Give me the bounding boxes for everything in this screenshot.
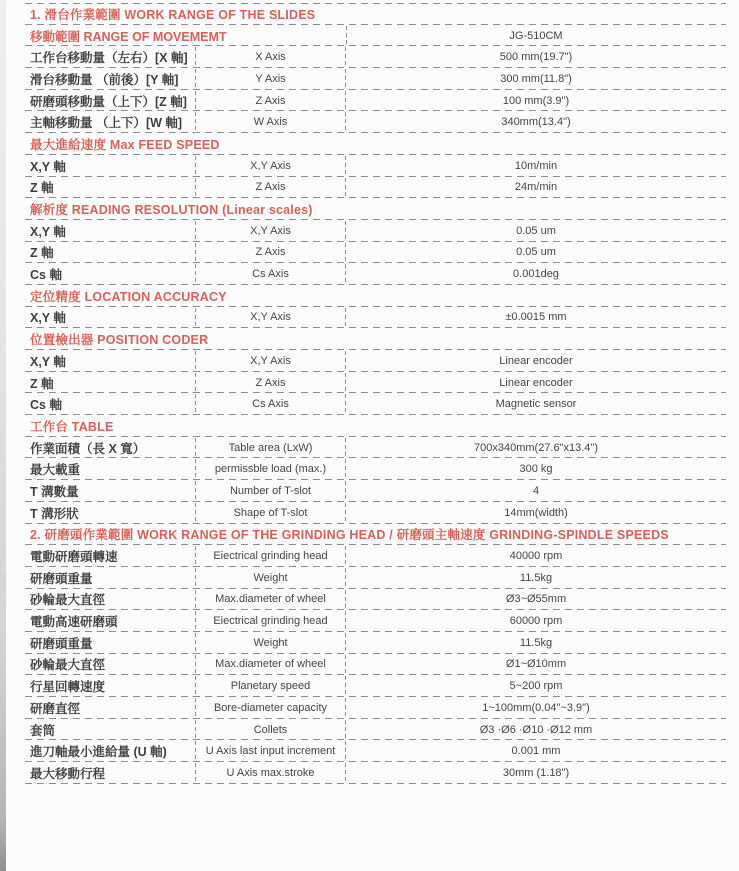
spec-en-label: X,Y Axis — [195, 220, 346, 242]
spec-value: 24m/min — [346, 181, 726, 193]
spec-zh-label: 最大載重 — [25, 460, 195, 478]
spec-en-label: Z Axis — [195, 177, 346, 199]
spec-row: 行星回轉速度Planetary speed5~200 rpm — [25, 675, 726, 697]
spec-row: 主軸移動量 （上下）[W 軸]W Axis340mm(13.4") — [25, 111, 726, 133]
spec-en-label: Eiectrical grinding head — [195, 610, 346, 632]
spec-zh-label: X,Y 軸 — [25, 157, 195, 175]
section-title: 2. 研磨頭作業範圍 WORK RANGE OF THE GRINDING HE… — [25, 524, 726, 546]
spec-en-label: Cs Axis — [195, 393, 346, 415]
subsection-header: 位置檢出器 POSITION CODER — [25, 328, 726, 350]
spec-en-label: Bore-diameter capacity — [195, 697, 346, 719]
spec-value: 30mm (1.18") — [346, 767, 726, 779]
spec-en-label: Eiectrical grinding head — [195, 545, 346, 567]
spec-zh-label: 行星回轉速度 — [25, 677, 195, 695]
spec-zh-label: 滑台移動量 （前後）[Y 軸] — [25, 70, 195, 88]
spec-row: 套筒ColletsØ3 ·Ø6 ·Ø10 ·Ø12 mm — [25, 719, 726, 741]
spec-value: Magnetic sensor — [346, 398, 726, 410]
subsection-header: 工作台 TABLE — [25, 415, 726, 437]
spec-value: ±0.0015 mm — [346, 311, 726, 323]
spec-row: 滑台移動量 （前後）[Y 軸]Y Axis300 mm(11.8") — [25, 68, 726, 90]
spec-value: 14mm(width) — [346, 507, 726, 519]
spec-en-label: Table area (LxW) — [195, 437, 346, 459]
spec-zh-label: 套筒 — [25, 721, 195, 739]
spec-value: 4 — [346, 485, 726, 497]
spec-zh-label: 研磨直徑 — [25, 699, 195, 717]
spec-row: 砂輪最大直徑Max.diameter of wheelØ3~Ø55mm — [25, 589, 726, 611]
spec-row: X,Y 軸X,Y Axis±0.0015 mm — [25, 307, 726, 329]
table-header-row: 移動範圍 RANGE OF MOVEMEMTJG-510CM — [25, 25, 726, 47]
spec-zh-label: Cs 軸 — [25, 395, 195, 413]
spec-row: Cs 軸Cs AxisMagnetic sensor — [25, 393, 726, 415]
spec-en-label: X,Y Axis — [195, 155, 346, 177]
spec-row: Z 軸Z AxisLinear encoder — [25, 372, 726, 394]
spec-en-label: X,Y Axis — [195, 350, 346, 372]
spec-value: 0.05 um — [346, 225, 726, 237]
spec-zh-label: 研磨頭重量 — [25, 569, 195, 587]
spec-en-label: Z Axis — [195, 242, 346, 264]
spec-row: Z 軸Z Axis24m/min — [25, 177, 726, 199]
spec-en-label: U Axis last input increment — [195, 740, 346, 762]
spec-row: X,Y 軸X,Y Axis0.05 um — [25, 220, 726, 242]
spec-row: X,Y 軸X,Y Axis10m/min — [25, 155, 726, 177]
spec-en-label: Max.diameter of wheel — [195, 589, 346, 611]
spec-row: X,Y 軸X,Y AxisLinear encoder — [25, 350, 726, 372]
spec-zh-label: T 溝形狀 — [25, 504, 195, 522]
spec-value: 0.05 um — [346, 246, 726, 258]
spec-value: 11.5kg — [346, 572, 726, 584]
spec-row: 研磨直徑Bore-diameter capacity1~100mm(0.04"~… — [25, 697, 726, 719]
spec-en-label: X Axis — [195, 46, 346, 68]
subsection-header: 解析度 READING RESOLUTION (Linear scales) — [25, 198, 726, 220]
spec-zh-label: 砂輪最大直徑 — [25, 655, 195, 673]
header-label: 移動範圍 RANGE OF MOVEMEMT — [25, 27, 346, 45]
spec-zh-label: Z 軸 — [25, 178, 195, 196]
spec-row: 砂輪最大直徑Max.diameter of wheelØ1~Ø10mm — [25, 654, 726, 676]
spec-en-label: Number of T-slot — [195, 480, 346, 502]
spec-value: 300 mm(11.8") — [346, 73, 726, 85]
scan-page-edge — [0, 0, 6, 871]
spec-value: Linear encoder — [346, 377, 726, 389]
spec-value: 0.001deg — [346, 268, 726, 280]
spec-en-label: Collets — [195, 719, 346, 741]
spec-row: 研磨頭移動量（上下）[Z 軸]Z Axis100 mm(3.9") — [25, 90, 726, 112]
spec-en-label: Y Axis — [195, 68, 346, 90]
spec-row: T 溝形狀Shape of T-slot14mm(width) — [25, 502, 726, 524]
spec-row: 作業面積（長 X 寬）Table area (LxW)700x340mm(27.… — [25, 437, 726, 459]
spec-en-label: U Axis max.stroke — [195, 762, 346, 784]
spec-row: T 溝數量Number of T-slot4 — [25, 480, 726, 502]
spec-value: 11.5kg — [346, 637, 726, 649]
spec-en-label: Shape of T-slot — [195, 502, 346, 524]
spec-value: 100 mm(3.9") — [346, 95, 726, 107]
spec-value: 340mm(13.4") — [346, 116, 726, 128]
spec-row: 電動高速研磨頭Eiectrical grinding head60000 rpm — [25, 610, 726, 632]
model-value: JG-510CM — [346, 25, 726, 47]
spec-row: 研磨頭重量Weight11.5kg — [25, 567, 726, 589]
spec-value: 40000 rpm — [346, 550, 726, 562]
spec-value: 1~100mm(0.04"~3.9") — [346, 702, 726, 714]
spec-row: 電動研磨頭轉速Eiectrical grinding head40000 rpm — [25, 545, 726, 567]
spec-value: Ø3 ·Ø6 ·Ø10 ·Ø12 mm — [346, 724, 726, 736]
spec-en-label: Cs Axis — [195, 263, 346, 285]
subsection-header: 定位精度 LOCATION ACCURACY — [25, 285, 726, 307]
spec-en-label: Z Axis — [195, 372, 346, 394]
spec-zh-label: 作業面積（長 X 寬） — [25, 439, 195, 457]
spec-en-label: Max.diameter of wheel — [195, 654, 346, 676]
spec-zh-label: X,Y 軸 — [25, 352, 195, 370]
spec-zh-label: X,Y 軸 — [25, 308, 195, 326]
spec-en-label: Z Axis — [195, 90, 346, 112]
spec-row: Cs 軸Cs Axis0.001deg — [25, 263, 726, 285]
spec-row: 最大載重permissble load (max.)300 kg — [25, 458, 726, 480]
spec-value: 300 kg — [346, 463, 726, 475]
spec-row: 研磨頭重量Weight11.5kg — [25, 632, 726, 654]
spec-value: Linear encoder — [346, 355, 726, 367]
spec-value: 0.001 mm — [346, 745, 726, 757]
spec-value: Ø3~Ø55mm — [346, 593, 726, 605]
spec-table: 1. 滑台作業範圍 WORK RANGE OF THE SLIDES移動範圍 R… — [25, 3, 726, 784]
spec-zh-label: 工作台移動量（左右）[X 軸] — [25, 48, 195, 66]
spec-zh-label: 砂輪最大直徑 — [25, 590, 195, 608]
spec-en-label: Weight — [195, 632, 346, 654]
spec-zh-label: 進刀軸最小進給量 (U 軸) — [25, 742, 195, 760]
spec-zh-label: 電動研磨頭轉速 — [25, 547, 195, 565]
spec-value: 700x340mm(27.6"x13.4") — [346, 442, 726, 454]
spec-zh-label: T 溝數量 — [25, 482, 195, 500]
spec-value: 10m/min — [346, 160, 726, 172]
spec-en-label: Weight — [195, 567, 346, 589]
spec-row: 工作台移動量（左右）[X 軸]X Axis500 mm(19.7") — [25, 46, 726, 68]
spec-zh-label: Z 軸 — [25, 374, 195, 392]
spec-zh-label: Z 軸 — [25, 243, 195, 261]
spec-value: Ø1~Ø10mm — [346, 658, 726, 670]
spec-value: 5~200 rpm — [346, 680, 726, 692]
spec-row: 最大移動行程U Axis max.stroke30mm (1.18") — [25, 762, 726, 784]
spec-en-label: Planetary speed — [195, 675, 346, 697]
spec-en-label: X,Y Axis — [195, 307, 346, 329]
spec-zh-label: 最大移動行程 — [25, 764, 195, 782]
spec-row: Z 軸Z Axis0.05 um — [25, 242, 726, 264]
spec-zh-label: 研磨頭重量 — [25, 634, 195, 652]
spec-zh-label: Cs 軸 — [25, 265, 195, 283]
subsection-header: 最大進給速度 Max FEED SPEED — [25, 133, 726, 155]
spec-zh-label: X,Y 軸 — [25, 222, 195, 240]
section-title: 1. 滑台作業範圍 WORK RANGE OF THE SLIDES — [25, 3, 726, 25]
document-page: { "document": { "model": "JG-510CM", "ac… — [0, 0, 739, 871]
spec-row: 進刀軸最小進給量 (U 軸)U Axis last input incremen… — [25, 740, 726, 762]
spec-value: 60000 rpm — [346, 615, 726, 627]
spec-zh-label: 主軸移動量 （上下）[W 軸] — [25, 113, 195, 131]
spec-en-label: permissble load (max.) — [195, 458, 346, 480]
spec-zh-label: 研磨頭移動量（上下）[Z 軸] — [25, 92, 195, 110]
spec-value: 500 mm(19.7") — [346, 51, 726, 63]
spec-zh-label: 電動高速研磨頭 — [25, 612, 195, 630]
spec-en-label: W Axis — [195, 111, 346, 133]
